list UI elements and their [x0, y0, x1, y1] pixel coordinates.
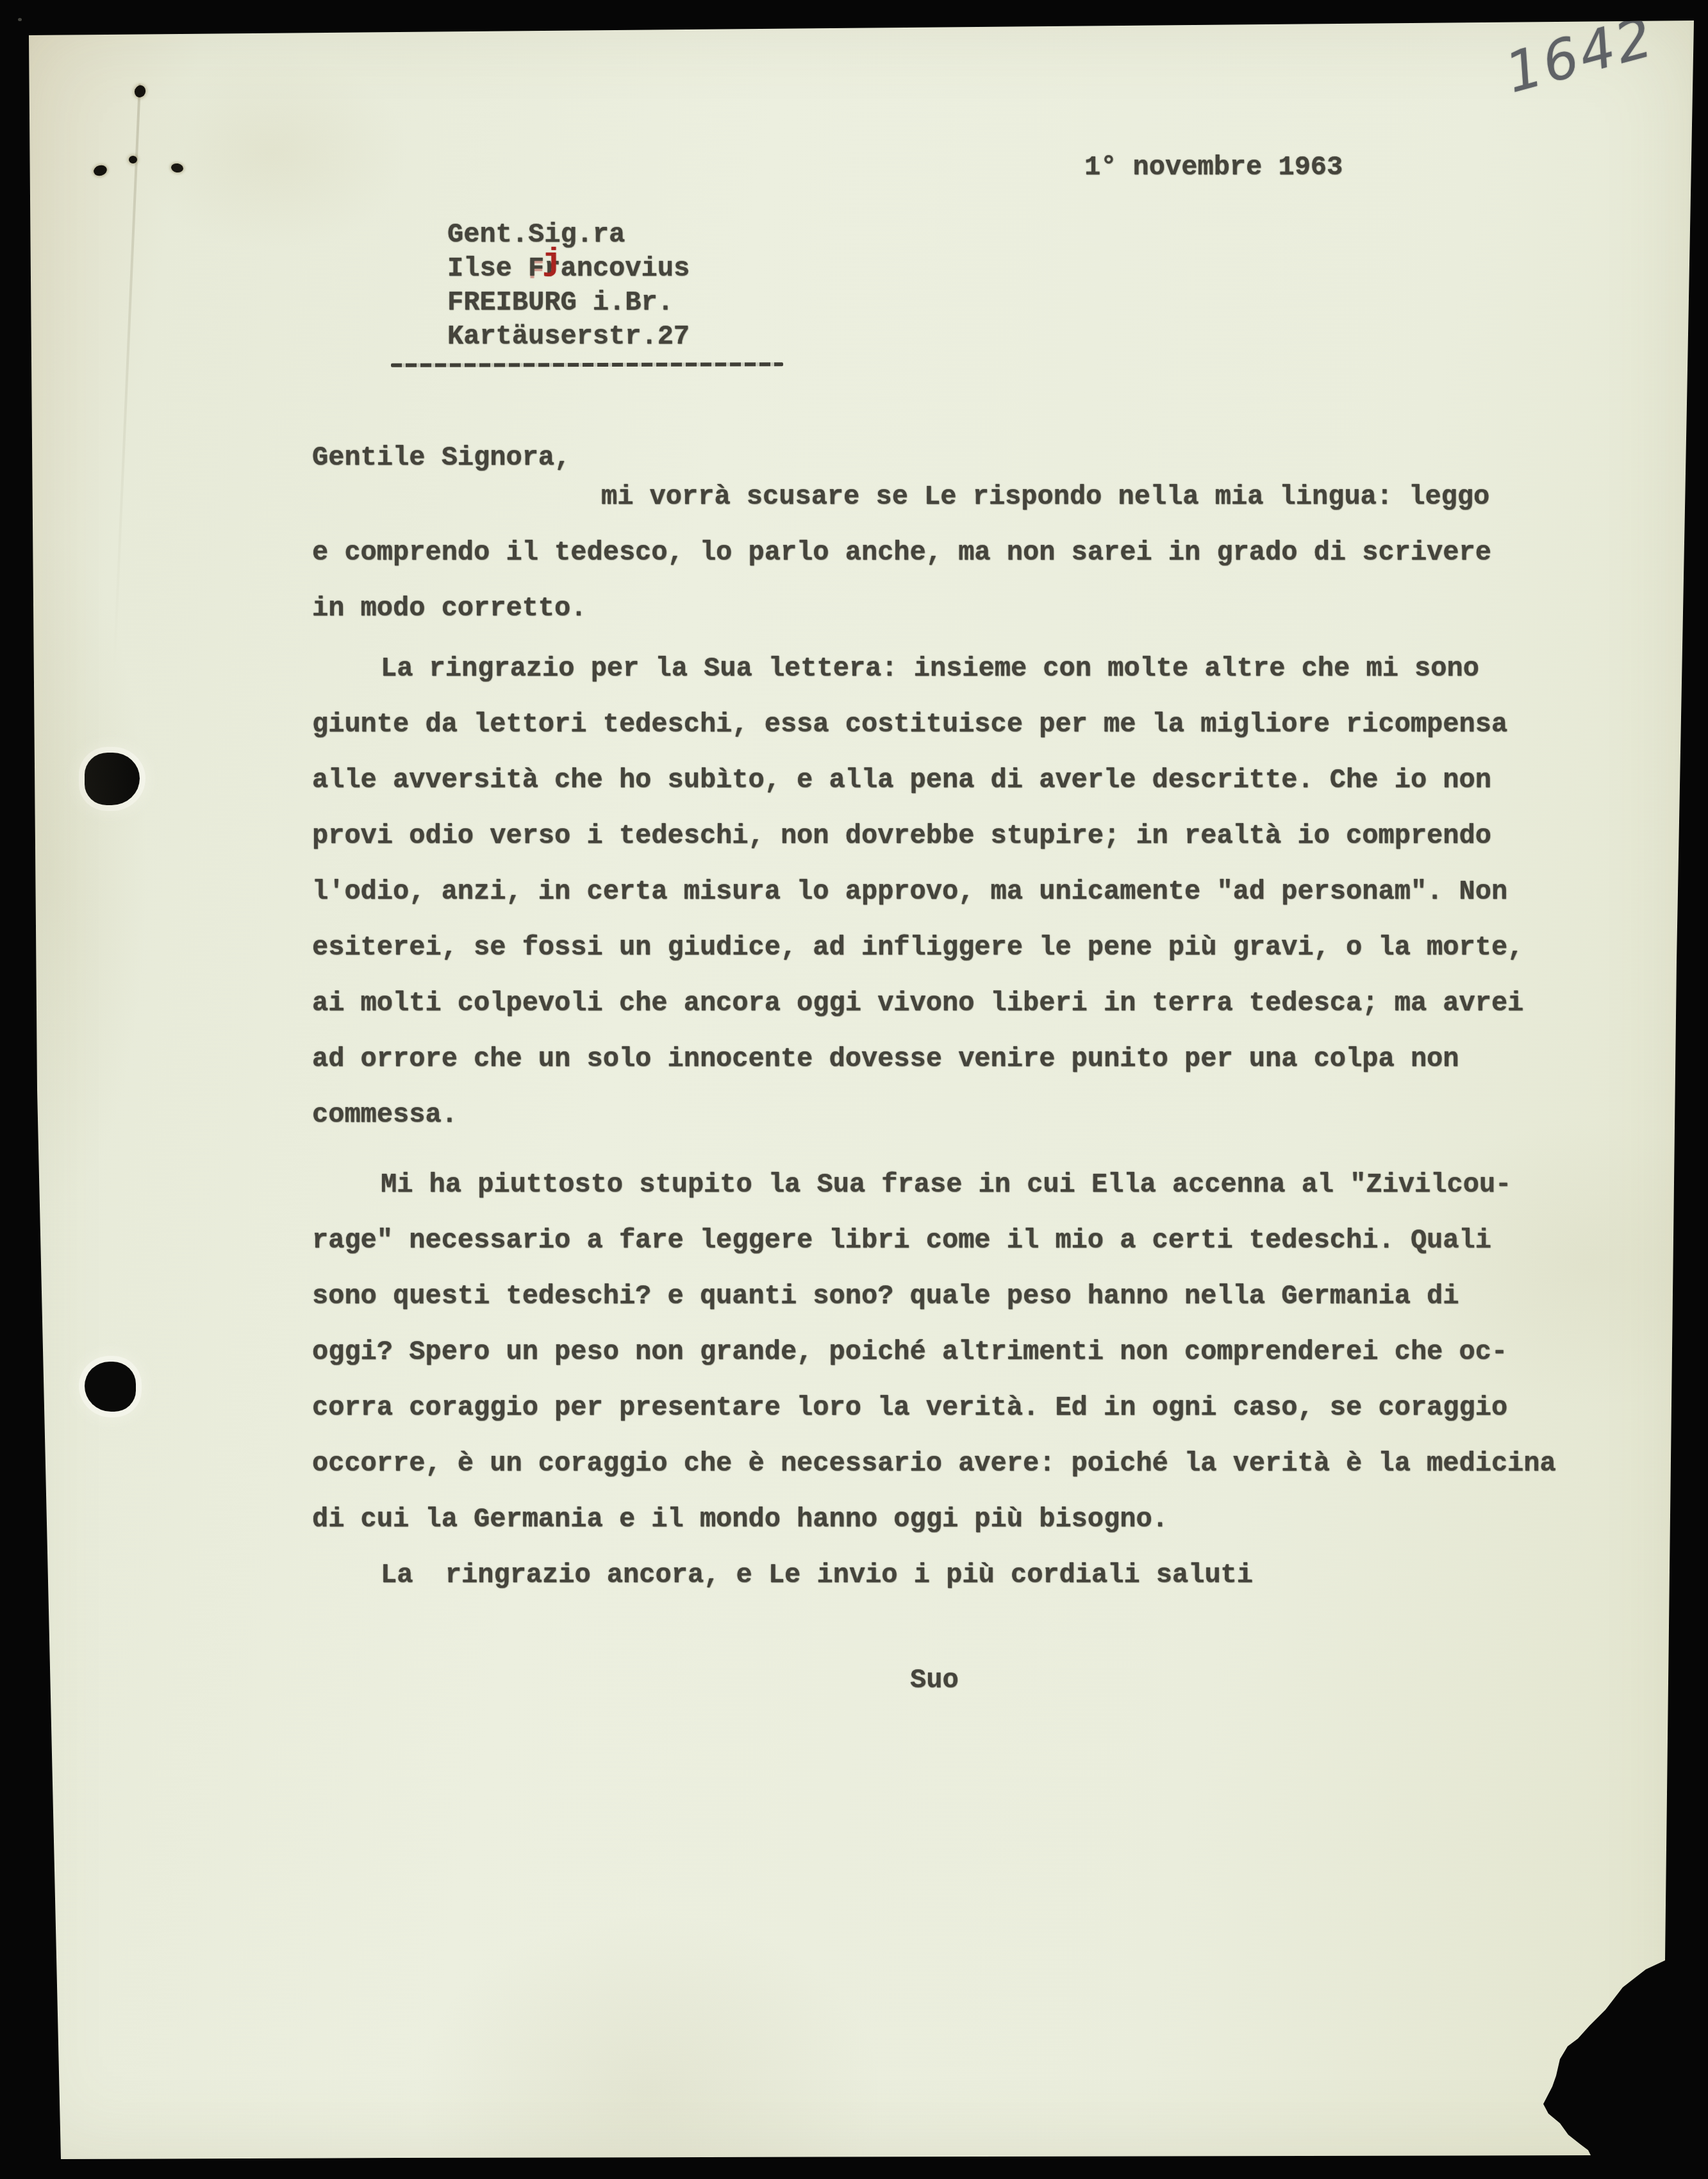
- punch-hole: [85, 753, 140, 805]
- scan-background: 1642 1° novembre 1963 Gent.Sig.ra Ilse F…: [0, 0, 1708, 2179]
- overstrike-correction: rj: [544, 255, 560, 282]
- recipient-name-rest: ancovius: [560, 253, 690, 284]
- body-line: mi vorrà scusare se Le rispondo nella mi…: [601, 483, 1489, 510]
- letter-page: 1642 1° novembre 1963 Gent.Sig.ra Ilse F…: [0, 0, 1708, 2179]
- body-line: e comprendo il tedesco, lo parlo anche, …: [312, 539, 1491, 566]
- body-line: provi odio verso i tedeschi, non dovrebb…: [312, 822, 1491, 849]
- pin-hole: [170, 162, 184, 173]
- recipient-name-pre: Ilse: [447, 253, 528, 284]
- body-line: corra coraggio per presentare loro la ve…: [312, 1394, 1507, 1421]
- recipient-title: Gent.Sig.ra: [447, 221, 625, 248]
- punch-hole: [85, 1362, 136, 1412]
- body-line: oggi? Spero un peso non grande, poiché a…: [312, 1339, 1507, 1365]
- body-line: commessa.: [312, 1101, 458, 1128]
- address-underline-rule: [391, 362, 783, 367]
- dust-speck: [18, 18, 22, 21]
- body-line: l'odio, anzi, in certa misura lo approvo…: [312, 878, 1507, 905]
- recipient-city: FREIBURG i.Br.: [447, 289, 674, 316]
- body-line: ai molti colpevoli che ancora oggi vivon…: [312, 990, 1523, 1017]
- signature: Suo: [910, 1667, 959, 1694]
- pin-hole: [133, 84, 147, 99]
- body-line: sono questi tedeschi? e quanti sono? qua…: [312, 1283, 1459, 1310]
- pin-hole: [129, 156, 137, 163]
- body-line: di cui la Germania e il mondo hanno oggi…: [312, 1506, 1168, 1533]
- paper-crease: [113, 83, 141, 672]
- red-correction-char: j: [542, 246, 561, 278]
- closing-line: La ringrazio ancora, e Le invio i più co…: [381, 1562, 1253, 1589]
- body-line: ad orrore che un solo innocente dovesse …: [312, 1046, 1459, 1073]
- body-line: La ringrazio per la Sua lettera: insieme…: [381, 655, 1479, 682]
- body-line: rage" necessario a fare leggere libri co…: [312, 1227, 1491, 1254]
- body-line: occorre, è un coraggio che è necessario …: [312, 1450, 1556, 1477]
- salutation: Gentile Signora,: [312, 444, 570, 471]
- body-line: in modo corretto.: [312, 595, 586, 622]
- body-line: alle avversità che ho subìto, e alla pen…: [312, 767, 1491, 794]
- body-line: Mi ha piuttosto stupito la Sua frase in …: [381, 1171, 1511, 1198]
- recipient-name: Ilse Frjancovius: [447, 255, 690, 282]
- body-line: giunte da lettori tedeschi, essa costitu…: [312, 711, 1507, 738]
- recipient-street: Kartäuserstr.27: [447, 323, 690, 350]
- body-line: esiterei, se fossi un giudice, ad inflig…: [312, 934, 1523, 961]
- pin-hole: [92, 164, 108, 178]
- archive-number-annotation: 1642: [1499, 4, 1661, 105]
- letter-date: 1° novembre 1963: [1084, 154, 1343, 181]
